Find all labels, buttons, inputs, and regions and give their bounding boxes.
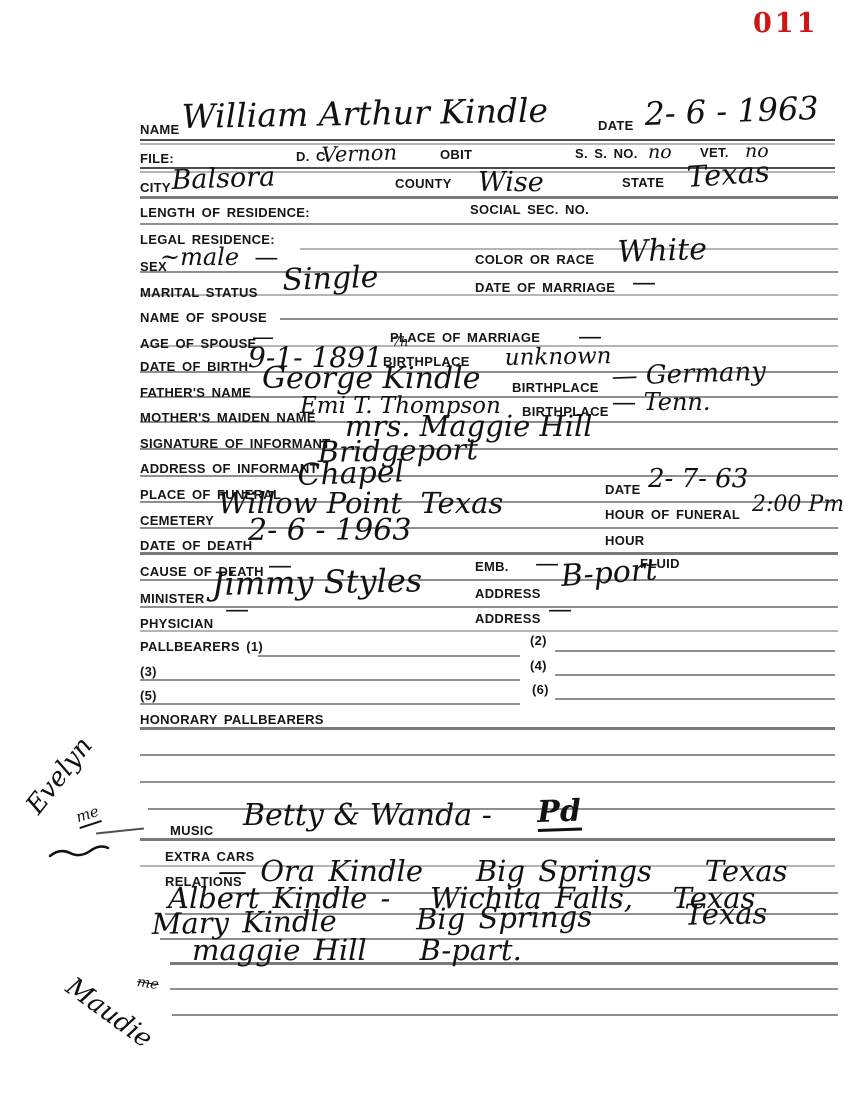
field-label-informant-sig: SIGNATURE OF INFORMANT — [140, 436, 330, 451]
field-label-name: NAME — [140, 122, 179, 137]
handwritten-date: 2- 6 - 1963 — [644, 92, 819, 130]
field-label-mother: MOTHER'S MAIDEN NAME — [140, 410, 316, 425]
field-label-honorary: HONORARY PALLBEARERS — [140, 712, 324, 727]
rule-line — [300, 248, 838, 250]
field-label-minister-address: ADDRESS — [475, 586, 541, 601]
field-label-marriage-date: DATE OF MARRIAGE — [475, 280, 615, 295]
rule-line — [140, 271, 838, 273]
rule-line — [555, 698, 835, 700]
handwritten-funeral-date: 2- 7- 63 — [648, 466, 748, 492]
handwritten-name: William Arthur Kindle — [181, 94, 548, 133]
field-label-father: FATHER'S NAME — [140, 385, 251, 400]
handwritten-birth-mark: 7h — [392, 336, 409, 349]
handwritten-music-paid: Pd — [537, 797, 582, 832]
handwritten-marital: Single — [282, 263, 379, 296]
margin-note-evelyn-sub: me — [74, 802, 102, 829]
field-label-minister: MINISTER — [140, 591, 205, 606]
field-label-pallbearers-6: (6) — [532, 682, 549, 697]
handwritten-music: Betty & Wanda - — [243, 801, 492, 831]
field-label-pallbearers-5: (5) — [140, 688, 157, 703]
rule-line — [280, 318, 838, 320]
handwritten-city: Balsora — [171, 163, 276, 194]
rule-line — [140, 679, 520, 681]
page-number-stamp: 011 — [753, 8, 818, 39]
rule-line — [140, 703, 520, 705]
field-label-emb: EMB. — [475, 559, 509, 574]
rule-line — [555, 650, 835, 652]
rule-line — [140, 838, 835, 841]
field-label-social-sec: SOCIAL SEC. NO. — [470, 202, 589, 217]
field-label-marital: MARITAL STATUS — [140, 285, 258, 300]
field-label-birth-date: DATE OF BIRTH — [140, 359, 248, 374]
field-label-music: MUSIC — [170, 823, 213, 838]
field-label-funeral-date: DATE — [605, 482, 641, 497]
handwritten-physician-addr: — — [548, 597, 572, 621]
handwritten-funeral-hour: 2:00 Pm — [752, 494, 844, 516]
field-label-funeral-hour: HOUR OF FUNERAL — [605, 507, 740, 522]
scanned-funeral-record-form: 011 NAME DATE FILE: D. C. OBIT S. S. NO.… — [0, 0, 850, 1100]
field-label-death-date: DATE OF DEATH — [140, 538, 252, 553]
handwritten-father-birthplace: — Germany — [611, 359, 766, 390]
field-label-length-residence: LENGTH OF RESIDENCE: — [140, 205, 310, 220]
field-label-ssn: S. S. NO. — [575, 146, 638, 161]
field-label-marriage-place: PLACE OF MARRIAGE — [390, 330, 540, 345]
handwritten-marriage-date: — — [632, 270, 656, 294]
margin-underline — [96, 827, 144, 834]
field-label-spouse: NAME OF SPOUSE — [140, 310, 267, 325]
rule-line — [140, 223, 838, 225]
handwritten-minister-addr: B-port — [560, 555, 658, 592]
field-label-pallbearers-3: (3) — [140, 664, 157, 679]
handwritten-ssn: no — [648, 143, 672, 162]
field-label-informant-addr: ADDRESS OF INFORMANT — [140, 461, 318, 476]
rule-line — [140, 527, 838, 529]
handwritten-birthplace: unknown — [505, 345, 612, 370]
rule-line — [140, 754, 835, 756]
field-label-pallbearers-2: (2) — [530, 633, 547, 648]
handwritten-relations-4: maggie Hill B-part. — [192, 936, 522, 965]
handwritten-county: Wise — [478, 169, 544, 196]
field-label-city: CITY — [140, 180, 171, 195]
field-label-color-race: COLOR OR RACE — [475, 252, 594, 267]
field-label-pallbearers-1: PALLBEARERS (1) — [140, 639, 263, 654]
handwritten-emb: — — [535, 551, 559, 575]
field-label-obit: OBIT — [440, 147, 472, 162]
rule-line — [140, 781, 835, 783]
field-label-physician: PHYSICIAN — [140, 616, 214, 631]
rule-line — [140, 143, 835, 145]
margin-squiggle — [48, 842, 110, 862]
handwritten-father: George Kindle — [262, 364, 481, 394]
field-label-date: DATE — [598, 118, 634, 133]
rule-line — [140, 630, 838, 632]
rule-line — [140, 139, 835, 141]
handwritten-physician: — — [225, 597, 249, 621]
field-label-physician-address: ADDRESS — [475, 611, 541, 626]
handwritten-death-date: 2- 6 - 1963 — [248, 516, 411, 546]
field-label-pallbearers-4: (4) — [530, 658, 547, 673]
handwritten-state: Texas — [686, 157, 771, 192]
rule-line — [140, 727, 835, 730]
handwritten-mother-birthplace: — Tenn. — [612, 390, 711, 414]
field-label-county: COUNTY — [395, 176, 452, 191]
field-label-file: FILE: — [140, 151, 174, 166]
field-label-state: STATE — [622, 175, 664, 190]
field-label-birthplace-2: BIRTHPLACE — [512, 380, 599, 395]
rule-line — [555, 674, 835, 676]
handwritten-sex: ~male — — [160, 245, 278, 269]
rule-line — [172, 1014, 838, 1016]
rule-line — [170, 988, 838, 990]
field-label-hour: HOUR — [605, 533, 644, 548]
field-label-cemetery: CEMETERY — [140, 513, 214, 528]
handwritten-file-dc: Vernon — [321, 142, 397, 166]
handwritten-color-race: White — [617, 235, 708, 268]
margin-note-maudie-sub: me — [136, 974, 160, 993]
field-label-spouse-age: AGE OF SPOUSE — [140, 336, 257, 351]
rule-line — [258, 655, 520, 657]
